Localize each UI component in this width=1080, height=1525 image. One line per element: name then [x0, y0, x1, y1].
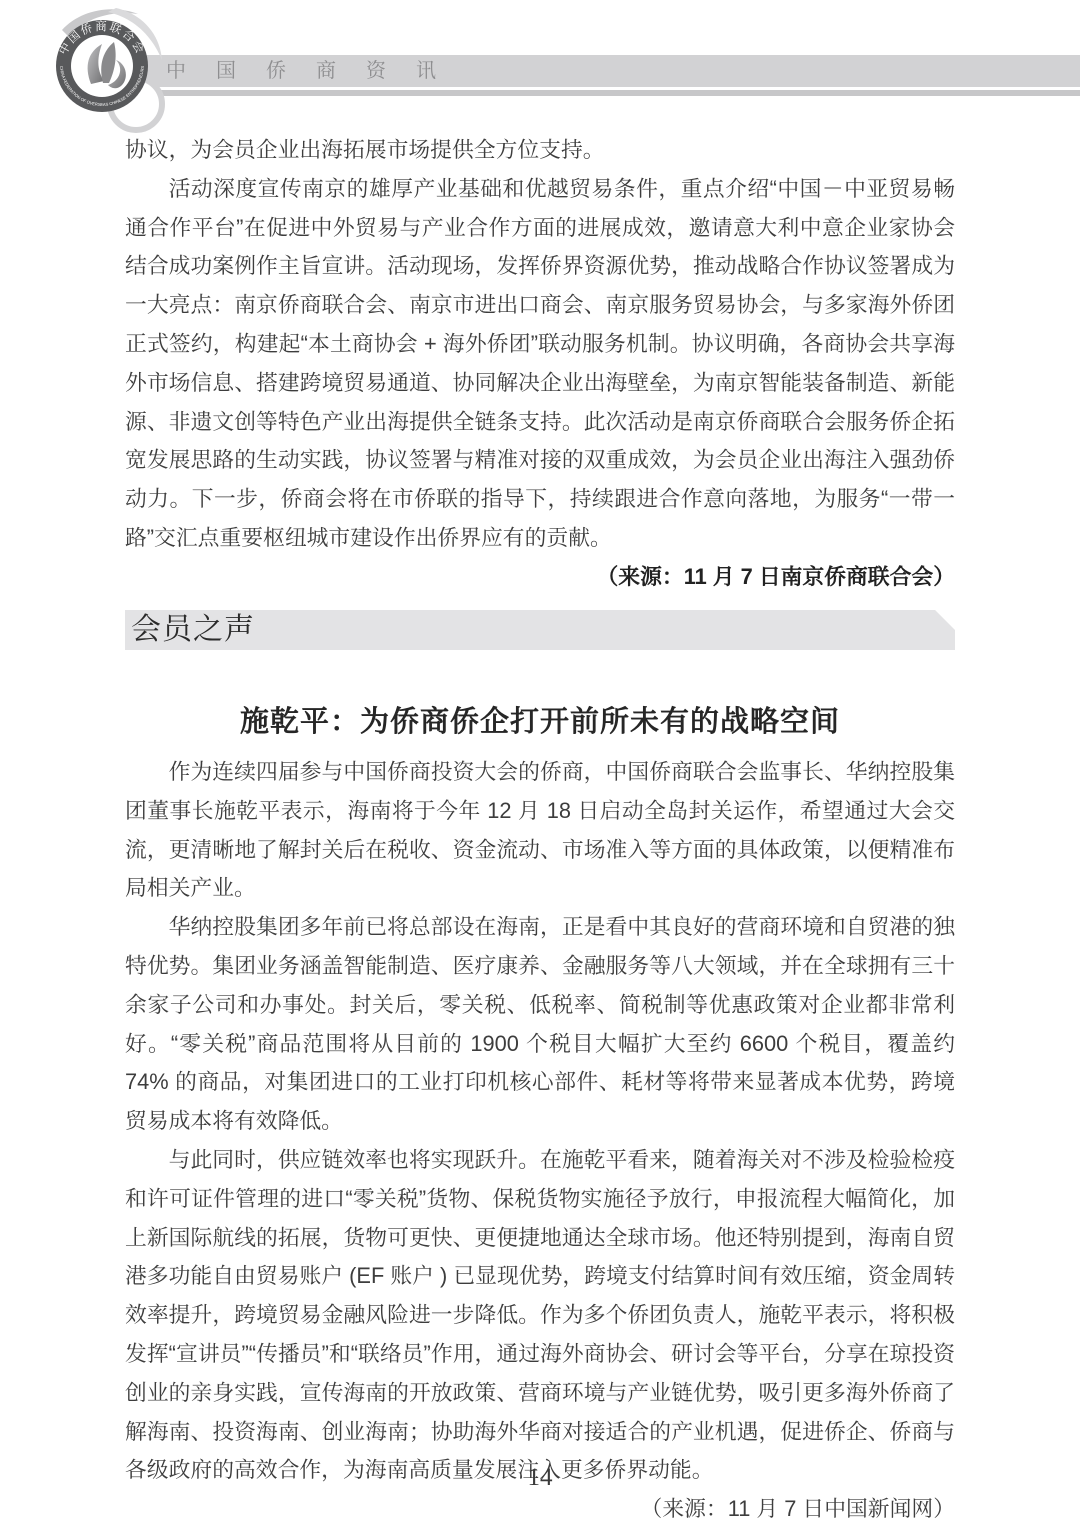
section-banner: 会员之声	[125, 610, 955, 650]
header-bar: 中国侨商资讯	[140, 55, 1080, 87]
article-shiqianping: 作为连续四届参与中国侨商投资大会的侨商，中国侨商联合会监事长、华纳控股集团董事长…	[125, 753, 955, 1525]
header-rule	[140, 90, 1080, 96]
paragraph-text: 协议，为会员企业出海拓展市场提供全方位支持。	[125, 137, 605, 162]
paragraph: 与此同时，供应链效率也将实现跃升。在施乾平看来，随着海关对不涉及检验检疫和许可证…	[125, 1141, 955, 1490]
paragraph-text: 活动深度宣传南京的雄厚产业基础和优越贸易条件，重点介绍“中国－中亚贸易畅通合作平…	[125, 176, 955, 550]
paragraph-text: 作为连续四届参与中国侨商投资大会的侨商，中国侨商联合会监事长、华纳控股集团董事长…	[125, 759, 955, 900]
paragraph: 活动深度宣传南京的雄厚产业基础和优越贸易条件，重点介绍“中国－中亚贸易畅通合作平…	[125, 170, 955, 558]
paragraph-text: 华纳控股集团多年前已将总部设在海南，正是看中其良好的营商环境和自贸港的独特优势。…	[125, 914, 955, 1133]
paragraph: 华纳控股集团多年前已将总部设在海南，正是看中其良好的营商环境和自贸港的独特优势。…	[125, 908, 955, 1141]
article-title: 施乾平：为侨商侨企打开前所未有的战略空间	[125, 699, 955, 740]
page-number: 14	[0, 1464, 1080, 1492]
paragraph-text: 与此同时，供应链效率也将实现跃升。在施乾平看来，随着海关对不涉及检验检疫和许可证…	[125, 1147, 955, 1482]
source-attribution: （来源：11 月 7 日南京侨商联合会）	[553, 558, 955, 597]
paragraph: 协议，为会员企业出海拓展市场提供全方位支持。	[125, 131, 955, 170]
document-page: 中国侨商资讯 中国侨商联合会 CHINA FEDERATION OF OVERS…	[0, 0, 1080, 1525]
article-nanjing: 协议，为会员企业出海拓展市场提供全方位支持。 活动深度宣传南京的雄厚产业基础和优…	[125, 131, 955, 597]
federation-seal-icon: 中国侨商联合会 CHINA FEDERATION OF OVERSEAS CHI…	[46, 6, 170, 140]
section-banner-label: 会员之声	[125, 613, 255, 646]
source-attribution: （来源：11 月 7 日中国新闻网）	[597, 1490, 955, 1525]
paragraph: 作为连续四届参与中国侨商投资大会的侨商，中国侨商联合会监事长、华纳控股集团董事长…	[125, 753, 955, 908]
header-title: 中国侨商资讯	[140, 55, 1080, 87]
